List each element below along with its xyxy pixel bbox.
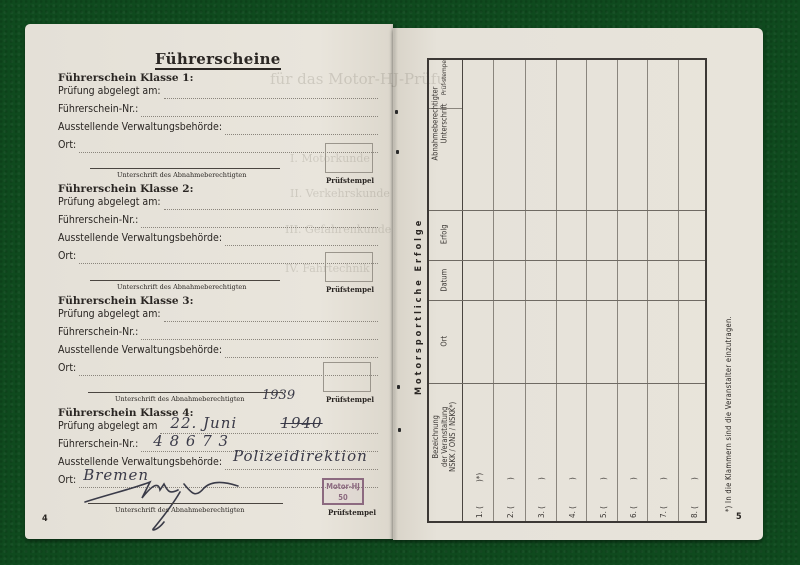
stamp-text: Motor-HJ (324, 481, 362, 492)
stamp-label: Prüfstempel (326, 285, 374, 294)
column-header-date: Datum (440, 258, 449, 303)
authority-field[interactable]: Ausstellende Verwaltungsbehörde: (58, 343, 378, 358)
staple (398, 428, 401, 432)
field-label: Führerschein-Nr.: (58, 325, 141, 340)
field-label: Führerschein-Nr.: (58, 437, 141, 452)
signature-label: Unterschrift des Abnahmeberechtigten (117, 171, 246, 179)
staple (395, 110, 398, 114)
column-header-place: Ort (440, 319, 449, 364)
licence-number-field[interactable]: Führerschein-Nr.: (58, 325, 378, 340)
signature-line (90, 280, 280, 281)
class-heading: Führerschein Klasse 2: (58, 183, 378, 195)
field-label: Ort: (58, 361, 79, 376)
corrected-year: 1939 (262, 388, 295, 403)
field-label: Führerschein-Nr.: (58, 213, 141, 228)
stamp-number: 50 (324, 492, 362, 503)
field-label: Ort: (58, 138, 79, 153)
row-5-label: 5. () (599, 477, 608, 518)
class-heading: Führerschein Klasse 3: (58, 295, 378, 307)
row-3-label: 3. () (537, 477, 546, 518)
column-header-examiner: Abnahmeberechtigter Unterschrift (432, 84, 449, 164)
column-header-result: Erfolg (440, 212, 449, 257)
licence-number-field[interactable]: Führerschein-Nr.: (58, 102, 378, 117)
field-label: Ort: (58, 473, 79, 488)
exam-date-value: 22. Juni (170, 416, 237, 431)
footnote: *) In die Klammern sind die Veranstalter… (724, 316, 733, 512)
column-header-event: Bezeichnung der Veranstaltung NSKK / ONS… (432, 394, 458, 479)
field-label: Prüfung abgelegt am: (58, 84, 164, 99)
field-label: Prüfung abgelegt am: (58, 195, 164, 210)
field-label: Ausstellende Verwaltungsbehörde: (58, 120, 225, 135)
row-6-label: 6. () (629, 477, 638, 518)
page-number: 4 (42, 514, 48, 524)
field-label: Prüfung abgelegt am: (58, 307, 164, 322)
row-8-label: 8. () (690, 477, 699, 518)
struck-year-value: 1940 (280, 416, 322, 431)
column-header-stamp: Prüf-stempel (440, 65, 449, 95)
stamp-label: Prüfstempel (326, 395, 374, 404)
motor-hj-stamp: Motor-HJ 50 (322, 478, 364, 505)
signature-label: Unterschrift des Abnahmeberechtigten (115, 506, 244, 514)
authority-field[interactable]: Ausstellende Verwaltungsbehörde: (58, 120, 378, 135)
row-4-label: 4. () (568, 477, 577, 518)
field-label: Führerschein-Nr.: (58, 102, 141, 117)
licence-number-field[interactable]: Führerschein-Nr.: (58, 213, 378, 228)
authority-value: Polizeidirektion (233, 449, 368, 464)
licence-number-value: 4 8 6 7 3 (153, 434, 229, 449)
field-label: Ort: (58, 249, 79, 264)
stamp-box (323, 362, 371, 392)
field-label: Prüfung abgelegt am (58, 419, 160, 434)
signature-line (88, 392, 283, 393)
field-label: Ausstellende Verwaltungsbehörde: (58, 343, 225, 358)
signature-line (90, 168, 280, 169)
exam-date-field[interactable]: Prüfung abgelegt am: (58, 307, 378, 322)
signature-label: Unterschrift des Abnahmeberechtigten (115, 395, 244, 403)
staple (397, 385, 400, 389)
section-title: Motorsportliche Erfolge (414, 145, 424, 395)
row-2-label: 2. () (506, 477, 515, 518)
achievements-table (427, 58, 707, 523)
authority-field[interactable]: Ausstellende Verwaltungsbehörde: (58, 231, 378, 246)
stamp-box (325, 143, 373, 173)
field-label: Ausstellende Verwaltungsbehörde: (58, 231, 225, 246)
stamp-label: Prüfstempel (328, 508, 376, 517)
staple (396, 150, 399, 154)
booklet-spine (390, 24, 398, 540)
signature-label: Unterschrift des Abnahmeberechtigten (117, 283, 246, 291)
exam-date-field[interactable]: Prüfung abgelegt am: (58, 195, 378, 210)
row-7-label: 7. () (659, 477, 668, 518)
signature-line (88, 503, 283, 504)
stamp-box (325, 252, 373, 282)
exam-date-field[interactable]: Prüfung abgelegt am: (58, 84, 378, 99)
class-heading: Führerschein Klasse 1: (58, 72, 378, 84)
row-1-label: 1. ()*) (475, 473, 484, 518)
page-title: Führerscheine (155, 50, 281, 70)
page-number: 5 (736, 512, 742, 522)
licence-class-1-section: Führerschein Klasse 1: Prüfung abgelegt … (58, 72, 378, 153)
